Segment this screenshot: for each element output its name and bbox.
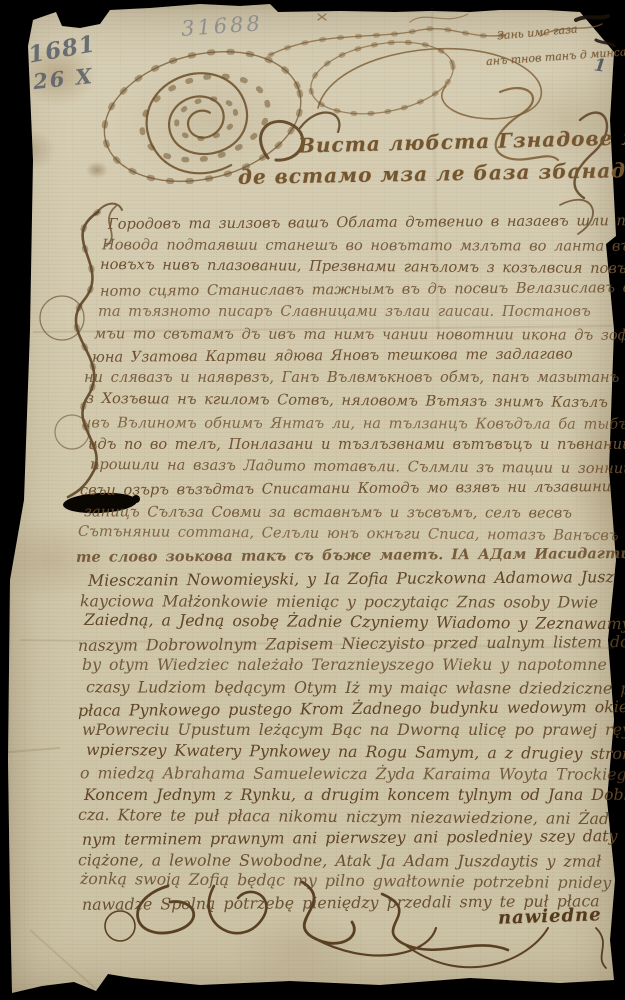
body-ruthenian-block: Городовъ та зилзовъ вашъ Облата дътвенио… bbox=[72, 212, 617, 567]
manuscript-line: wPowreciu Upustum leżącym Bąc na Dworną … bbox=[82, 719, 616, 741]
manuscript-line: Городовъ та зилзовъ вашъ Облата дътвенио… bbox=[108, 210, 617, 236]
signature-word: nawiedne bbox=[498, 904, 602, 929]
manuscript-line: płaca Pynkowego pustego Krom Żadnego bud… bbox=[78, 696, 616, 721]
manuscript-line: те слово зоькова такъ съ бъже маетъ. ІА … bbox=[76, 543, 617, 569]
manuscript-line: ното сцято Станиславъ тажнымъ въ дъ посв… bbox=[100, 277, 617, 303]
manuscript-line: новъхъ нивъ плазовании, Презвнами ганъло… bbox=[100, 254, 617, 280]
manuscript-line: з Хозъвша нъ кгиломъ Сотвъ, няловомъ Вът… bbox=[86, 388, 617, 414]
manuscript-line: naszym Dobrowolnym Zapisem Nieczyisto pr… bbox=[78, 631, 616, 656]
manuscript-line: nym terminem prawnym ani pierwszey ani p… bbox=[82, 825, 616, 850]
manuscript-line: Koncem Jednym z Rynku, a drugim koncem t… bbox=[84, 784, 616, 806]
manuscript-line: wpierszey Kwatery Pynkowey na Rogu Samym… bbox=[86, 739, 616, 765]
manuscript-line: свъи озъръ възъдтаъ Списатани Котодъ мо … bbox=[80, 477, 617, 503]
manuscript-line: та тъязното писаръ Славницами зълаи гаис… bbox=[98, 301, 617, 323]
scan-background: 1681 26 X 31688 1 Зань имс газа анъ тнов… bbox=[0, 0, 625, 1000]
body-polish-block: Miesczanin Nowomieyski, y Ia Zofia Puczk… bbox=[76, 568, 616, 914]
manuscript-line: by otym Wiedziec należało Teraznieyszego… bbox=[82, 654, 616, 676]
manuscript-line: o miedzą Abrahama Samuelewicza Żyda Kara… bbox=[80, 763, 616, 786]
manuscript-line: ни слявазъ и наяврвзъ, Ганъ Вълвмъкновъ … bbox=[84, 367, 617, 389]
manuscript-line: идъ по во телъ, Понлазани и тъзлъзвнами … bbox=[88, 434, 617, 456]
manuscript-line: Miesczanin Nowomieyski, y Ia Zofia Puczk… bbox=[88, 566, 616, 591]
manuscript-line: юна Узатова Картви ядюва Яновъ тешкова т… bbox=[92, 343, 617, 369]
manuscript-line: ивъ Вълиномъ обнимъ Янтаъ ли, на тълзанц… bbox=[82, 412, 617, 436]
